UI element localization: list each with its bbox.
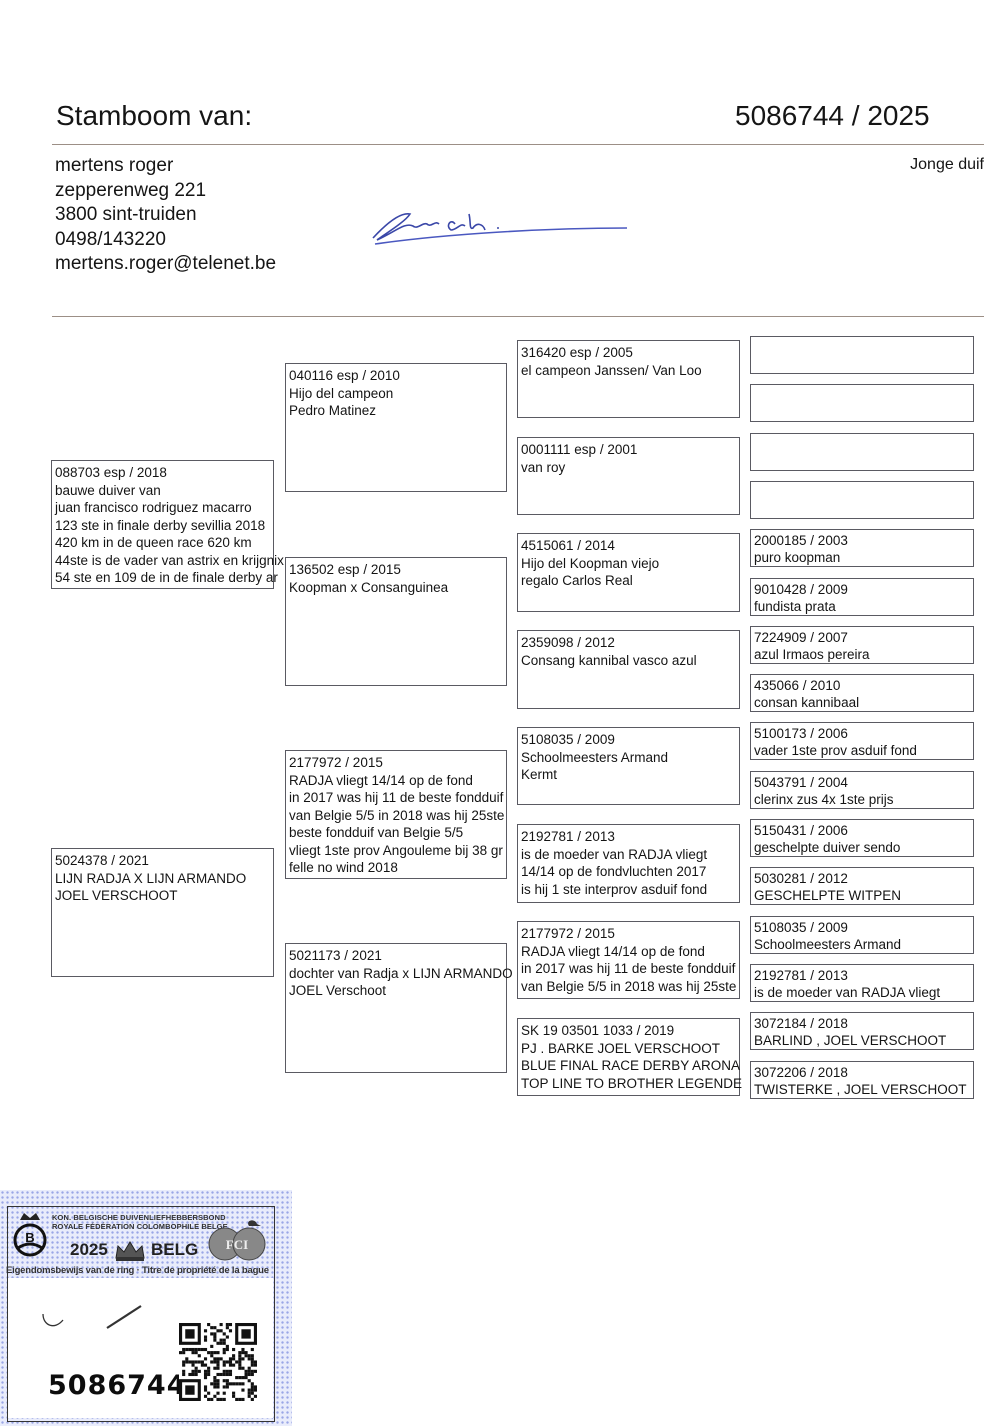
- section-divider: [52, 316, 984, 317]
- page-title: Stamboom van:: [56, 100, 252, 132]
- pedigree-dam-dam: 5021173 / 2021dochter van Radja x LIJN A…: [285, 943, 507, 1073]
- pigeon-note: beste fondduif van Belgie 5/5: [289, 824, 503, 842]
- pigeon-note: 44ste is de vader van astrix en krijgnix: [55, 552, 270, 570]
- ring-id: 5043791 / 2004: [754, 774, 970, 791]
- pedigree-sire: 088703 esp / 2018bauwe duiver vanjuan fr…: [51, 460, 274, 589]
- pedigree-dam-sire-sire: 5108035 / 2009Schoolmeesters ArmandKermt: [517, 727, 740, 805]
- owner-name: mertens roger: [55, 154, 276, 179]
- card-caption: Eigendomsbewijs van de ring · Titre de p…: [6, 1265, 269, 1276]
- crown-icon: [113, 1238, 147, 1262]
- card-country: BELG: [151, 1240, 198, 1260]
- ring-id: 5021173 / 2021: [289, 947, 503, 965]
- pigeon-note: Koopman x Consanguinea: [289, 579, 503, 597]
- pedigree-sire-sire: 040116 esp / 2010Hijo del campeonPedro M…: [285, 363, 507, 492]
- qr-code: [179, 1323, 257, 1401]
- pigeon-note: TOP LINE TO BROTHER LEGENDE: [521, 1075, 736, 1093]
- pedigree-dam-sire-sire-sire: 5100173 / 2006vader 1ste prov asduif fon…: [750, 722, 974, 760]
- pedigree-sire-sire-sire-dam: [750, 384, 974, 422]
- pigeon-note: in 2017 was hij 11 de beste fondduif: [521, 960, 736, 978]
- ring-id: 3072206 / 2018: [754, 1064, 970, 1081]
- ring-id: 435066 / 2010: [754, 677, 970, 694]
- pigeon-note: 123 ste in finale derby sevillia 2018: [55, 517, 270, 535]
- ring-id: 7224909 / 2007: [754, 629, 970, 646]
- pigeon-note: puro koopman: [754, 549, 970, 566]
- owner-email: mertens.roger@telenet.be: [55, 252, 276, 277]
- pigeon-note: BLUE FINAL RACE DERBY ARONA: [521, 1057, 736, 1075]
- ring-id: 3072184 / 2018: [754, 1015, 970, 1032]
- pigeon-note: el campeon Janssen/ Van Loo: [521, 362, 736, 380]
- pedigree-dam-dam-dam: SK 19 03501 1033 / 2019PJ . BARKE JOEL V…: [517, 1018, 740, 1096]
- svg-text:FCI: FCI: [226, 1237, 248, 1252]
- pigeon-note: Pedro Matinez: [289, 402, 503, 420]
- ring-id: 136502 esp / 2015: [289, 561, 503, 579]
- kbdb-logo-icon: B: [10, 1210, 50, 1258]
- ring-id: 5108035 / 2009: [521, 731, 736, 749]
- ring-id: 9010428 / 2009: [754, 581, 970, 598]
- pigeon-note: van Belgie 5/5 in 2018 was hij 25ste: [289, 807, 503, 825]
- pedigree-dam-sire: 2177972 / 2015RADJA vliegt 14/14 op de f…: [285, 750, 507, 879]
- pigeon-note: JOEL Verschoot: [289, 982, 503, 1000]
- pedigree-dam-sire-dam-dam: 5030281 / 2012GESCHELPTE WITPEN: [750, 867, 974, 905]
- header-divider: [52, 144, 984, 145]
- pigeon-note: PJ . BARKE JOEL VERSCHOOT: [521, 1040, 736, 1058]
- ring-id: SK 19 03501 1033 / 2019: [521, 1022, 736, 1040]
- pigeon-note: LIJN RADJA X LIJN ARMANDO: [55, 870, 270, 888]
- ring-id: 5100173 / 2006: [754, 725, 970, 742]
- pigeon-note: is hij 1 ste interprov asduif fond: [521, 881, 736, 899]
- pedigree-dam-dam-sire-sire: 5108035 / 2009Schoolmeesters Armand: [750, 916, 974, 954]
- pigeon-note: Hijo del Koopman viejo: [521, 555, 736, 573]
- pigeon-note: BARLIND , JOEL VERSCHOOT: [754, 1032, 970, 1049]
- pigeon-note: Schoolmeesters Armand: [754, 936, 970, 953]
- federation-name-nl: KON. BELGISCHE DUIVENLIEFHEBBERSBOND: [52, 1213, 226, 1222]
- pigeon-note: juan francisco rodriguez macarro: [55, 499, 270, 517]
- pigeon-note: azul Irmaos pereira: [754, 646, 970, 663]
- owner-phone: 0498/143220: [55, 228, 276, 253]
- pedigree-sire-sire-sire-sire: [750, 336, 974, 374]
- pedigree-sire-dam-sire: 4515061 / 2014Hijo del Koopman viejorega…: [517, 533, 740, 612]
- pigeon-note: regalo Carlos Real: [521, 572, 736, 590]
- ring-id: 2000185 / 2003: [754, 532, 970, 549]
- card-year: 2025: [70, 1240, 108, 1260]
- pedigree-sire-dam-sire-sire: 2000185 / 2003puro koopman: [750, 529, 974, 567]
- pigeon-note: fundista prata: [754, 598, 970, 615]
- pigeon-note: van Belgie 5/5 in 2018 was hij 25ste: [521, 978, 736, 996]
- pigeon-note: vliegt 1ste prov Angouleme bij 38 gr: [289, 842, 503, 860]
- pigeon-note: 54 ste en 109 de in de finale derby ar: [55, 569, 270, 587]
- owner-street: zepperenweg 221: [55, 179, 276, 204]
- pedigree-sire-dam-dam-dam: 435066 / 2010consan kannibaal: [750, 674, 974, 712]
- ring-number: 5086744 / 2025: [735, 100, 930, 132]
- pedigree-sire-dam: 136502 esp / 2015Koopman x Consanguinea: [285, 557, 507, 686]
- pigeon-note: geschelpte duiver sendo: [754, 839, 970, 856]
- pedigree-sire-sire-dam: 0001111 esp / 2001van roy: [517, 437, 740, 515]
- pigeon-note: 14/14 op de fondvluchten 2017: [521, 863, 736, 881]
- pigeon-note: JOEL VERSCHOOT: [55, 887, 270, 905]
- ring-id: 2177972 / 2015: [289, 754, 503, 772]
- pedigree-sire-dam-dam-sire: 7224909 / 2007azul Irmaos pereira: [750, 626, 974, 664]
- ring-id: 5024378 / 2021: [55, 852, 270, 870]
- pigeon-note: clerinx zus 4x 1ste prijs: [754, 791, 970, 808]
- pedigree-dam-dam-sire-dam: 2192781 / 2013is de moeder van RADJA vli…: [750, 964, 974, 1002]
- pedigree-dam: 5024378 / 2021LIJN RADJA X LIJN ARMANDOJ…: [51, 848, 274, 977]
- pedigree-dam-dam-dam-dam: 3072206 / 2018TWISTERKE , JOEL VERSCHOOT: [750, 1061, 974, 1099]
- federation-name-fr: ROYALE FÉDÉRATION COLOMBOPHILE BELGE: [52, 1222, 228, 1231]
- owner-city: 3800 sint-truiden: [55, 203, 276, 228]
- pigeon-note: Kermt: [521, 766, 736, 784]
- pigeon-note: Hijo del campeon: [289, 385, 503, 403]
- pedigree-dam-sire-sire-dam: 5043791 / 2004clerinx zus 4x 1ste prijs: [750, 771, 974, 809]
- pedigree-sire-dam-dam: 2359098 / 2012Consang kannibal vasco azu…: [517, 630, 740, 709]
- ring-id: 088703 esp / 2018: [55, 464, 270, 482]
- owner-info: mertens roger zepperenweg 221 3800 sint-…: [55, 154, 276, 277]
- pedigree-sire-dam-sire-dam: 9010428 / 2009fundista prata: [750, 578, 974, 616]
- pigeon-note: felle no wind 2018: [289, 859, 503, 877]
- pedigree-dam-dam-dam-sire: 3072184 / 2018BARLIND , JOEL VERSCHOOT: [750, 1012, 974, 1050]
- pigeon-note: consan kannibaal: [754, 694, 970, 711]
- pedigree-sire-sire-dam-sire: [750, 433, 974, 471]
- pedigree-sire-sire-dam-dam: [750, 481, 974, 519]
- pigeon-note: Consang kannibal vasco azul: [521, 652, 736, 670]
- pigeon-note: is de moeder van RADJA vliegt: [754, 984, 970, 1001]
- pedigree-dam-sire-dam: 2192781 / 2013is de moeder van RADJA vli…: [517, 824, 740, 903]
- ring-id: 2177972 / 2015: [521, 925, 736, 943]
- ring-id: 0001111 esp / 2001: [521, 441, 736, 459]
- card-ring-number: 5086744: [48, 1370, 187, 1401]
- pigeon-note: bauwe duiver van: [55, 482, 270, 500]
- ring-id: 4515061 / 2014: [521, 537, 736, 555]
- pigeon-status: Jonge duif: [910, 156, 984, 174]
- ring-id: 316420 esp / 2005: [521, 344, 736, 362]
- pigeon-note: vader 1ste prov asduif fond: [754, 742, 970, 759]
- ring-id: 5030281 / 2012: [754, 870, 970, 887]
- pigeon-note: RADJA vliegt 14/14 op de fond: [521, 943, 736, 961]
- pigeon-note: GESCHELPTE WITPEN: [754, 887, 970, 904]
- ring-id: 2192781 / 2013: [754, 967, 970, 984]
- signature: [365, 200, 635, 250]
- ring-id: 040116 esp / 2010: [289, 367, 503, 385]
- ring-id: 5108035 / 2009: [754, 919, 970, 936]
- pigeon-note: TWISTERKE , JOEL VERSCHOOT: [754, 1081, 970, 1098]
- pigeon-note: 420 km in de queen race 620 km: [55, 534, 270, 552]
- pigeon-note: van roy: [521, 459, 736, 477]
- pigeon-note: is de moeder van RADJA vliegt: [521, 846, 736, 864]
- pigeon-note: in 2017 was hij 11 de beste fondduif: [289, 789, 503, 807]
- ring-id: 2359098 / 2012: [521, 634, 736, 652]
- fci-globe-logo-icon: FCI: [205, 1216, 269, 1262]
- pigeon-note: RADJA vliegt 14/14 op de fond: [289, 772, 503, 790]
- pigeon-note: Schoolmeesters Armand: [521, 749, 736, 767]
- ring-id: 2192781 / 2013: [521, 828, 736, 846]
- pigeon-note: dochter van Radja x LIJN ARMANDO: [289, 965, 503, 983]
- ring-id: 5150431 / 2006: [754, 822, 970, 839]
- pedigree-dam-sire-dam-sire: 5150431 / 2006geschelpte duiver sendo: [750, 819, 974, 857]
- pen-mark: [35, 1300, 165, 1340]
- pedigree-dam-dam-sire: 2177972 / 2015RADJA vliegt 14/14 op de f…: [517, 921, 740, 999]
- pedigree-sire-sire-sire: 316420 esp / 2005el campeon Janssen/ Van…: [517, 340, 740, 418]
